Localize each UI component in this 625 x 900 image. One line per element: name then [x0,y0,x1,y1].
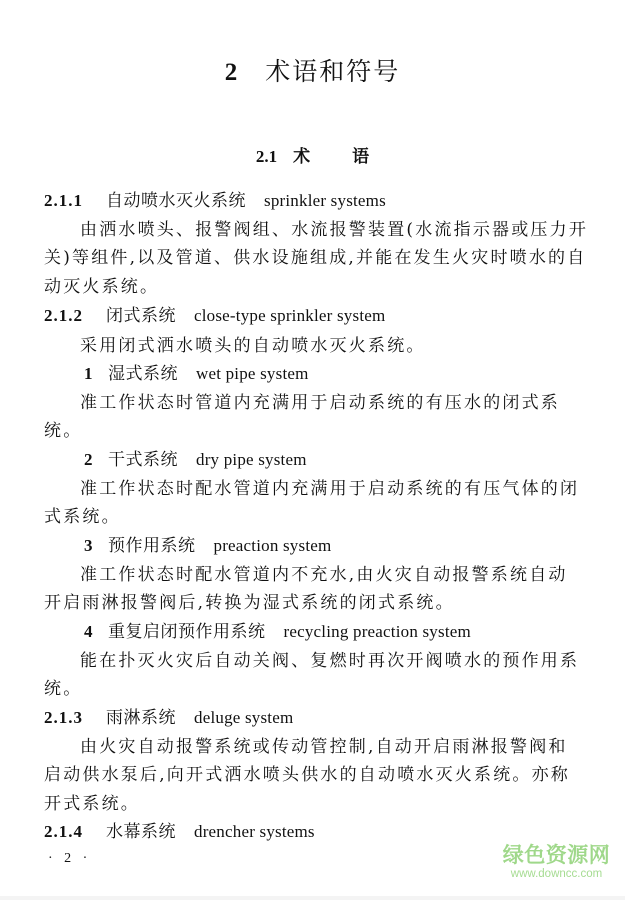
clause-heading-2-1-3: 2.1.3雨淋系统deluge system [44,707,293,729]
paragraph-line: 式系统。 [44,506,121,528]
clause-term: 雨淋系统 [106,708,176,728]
item-heading-2: 2干式系统dry pipe system [84,449,307,471]
section-title-part-2: 语 [352,147,369,167]
watermark-url: www.downcc.com [494,867,619,881]
item-english: recycling preaction system [284,622,471,641]
section-number: 2.1 [256,147,277,166]
item-term: 预作用系统 [108,536,196,556]
paragraph-line: 关)等组件,以及管道、供水设施组成,并能在发生火灾时喷水的自 [44,247,586,269]
clause-number: 2.1.2 [44,305,106,327]
paragraph-line: 统。 [44,678,82,700]
paragraph-line: 准工作状态时配水管道内充满用于启动系统的有压气体的闭 [80,478,579,500]
clause-term: 水幕系统 [106,822,176,842]
section-title-part-1: 术 [293,147,310,167]
chapter-title-text: 术语和符号 [265,57,400,86]
paragraph-line: 开启雨淋报警阀后,转换为湿式系统的闭式系统。 [44,592,455,614]
clause-term: 自动喷水灭火系统 [106,191,246,211]
paragraph-line: 由火灾自动报警系统或传动管控制,自动开启雨淋报警阀和 [80,736,568,758]
section-heading: 2.1术语 [0,146,625,168]
item-english: preaction system [214,536,332,555]
paragraph-line: 动灭火系统。 [44,276,159,298]
item-term: 干式系统 [108,450,178,470]
item-heading-1: 1湿式系统wet pipe system [84,363,309,385]
clause-english: drencher systems [194,822,315,841]
paragraph-line: 能在扑灭火灾后自动关阀、复燃时再次开阀喷水的预作用系 [80,650,579,672]
item-number: 2 [84,449,108,471]
item-heading-3: 3预作用系统preaction system [84,535,331,557]
clause-number: 2.1.4 [44,821,106,843]
page-bottom-edge [0,896,625,900]
item-english: wet pipe system [196,364,309,383]
paragraph-line: 由洒水喷头、报警阀组、水流报警装置(水流指示器或压力开 [80,219,588,241]
paragraph-line: 启动供水泵后,向开式洒水喷头供水的自动喷水灭火系统。亦称 [44,764,570,786]
watermark-name: 绿色资源网 [494,843,619,867]
clause-english: close-type sprinkler system [194,306,385,325]
clause-heading-2-1-1: 2.1.1自动喷水灭火系统sprinkler systems [44,190,386,212]
clause-heading-2-1-4: 2.1.4水幕系统drencher systems [44,821,315,843]
item-number: 1 [84,363,108,385]
page-number: · 2 · [48,851,91,867]
item-term: 湿式系统 [108,364,178,384]
clause-english: deluge system [194,708,293,727]
item-heading-4: 4重复启闭预作用系统recycling preaction system [84,621,471,643]
clause-number: 2.1.3 [44,707,106,729]
item-number: 4 [84,621,108,643]
paragraph-line: 采用闭式洒水喷头的自动喷水灭火系统。 [80,335,426,357]
item-term: 重复启闭预作用系统 [108,622,266,642]
paragraph-line: 准工作状态时管道内充满用于启动系统的有压水的闭式系 [80,392,560,414]
clause-term: 闭式系统 [106,306,176,326]
item-english: dry pipe system [196,450,307,469]
paragraph-line: 开式系统。 [44,793,140,815]
paragraph-line: 准工作状态时配水管道内不充水,由火灾自动报警系统自动 [80,564,568,586]
chapter-title: 2术语和符号 [0,56,625,89]
clause-number: 2.1.1 [44,190,106,212]
clause-heading-2-1-2: 2.1.2闭式系统close-type sprinkler system [44,305,385,327]
paragraph-line: 统。 [44,420,82,442]
clause-english: sprinkler systems [264,191,386,210]
item-number: 3 [84,535,108,557]
watermark: 绿色资源网 www.downcc.com [494,843,619,881]
chapter-number: 2 [225,59,240,86]
